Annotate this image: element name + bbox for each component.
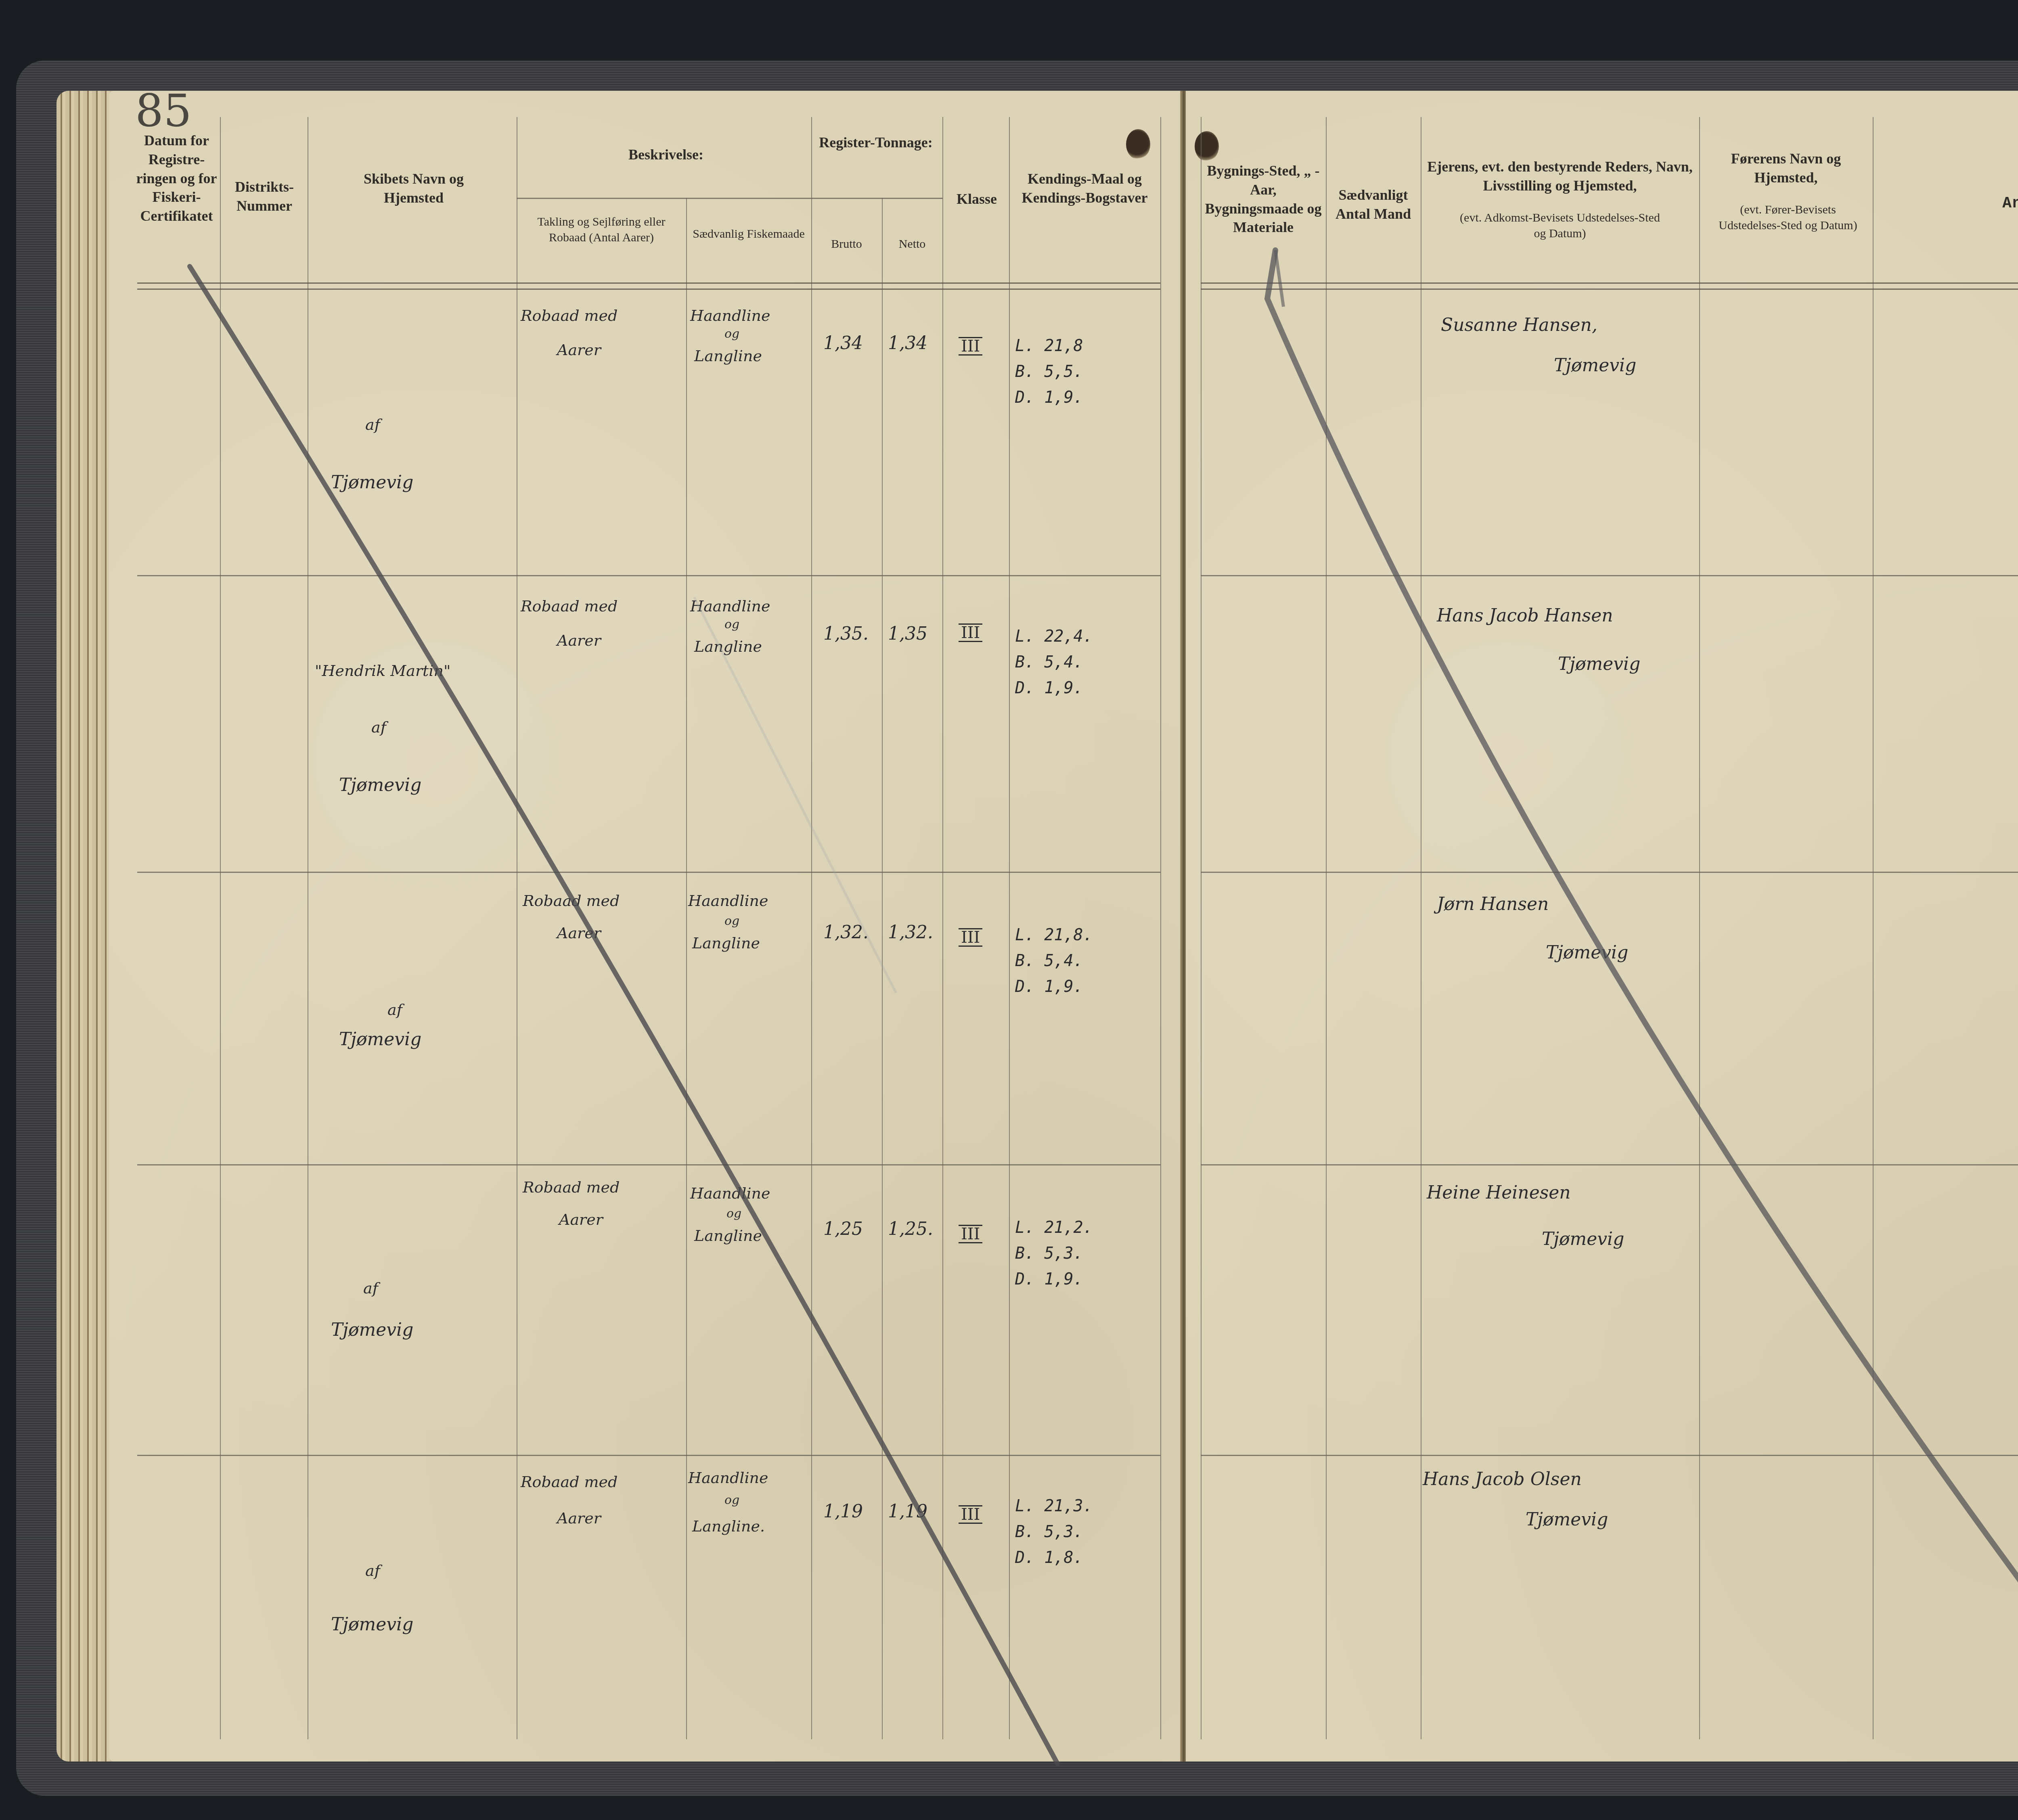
pencil-strike-lines: [0, 0, 2018, 1820]
